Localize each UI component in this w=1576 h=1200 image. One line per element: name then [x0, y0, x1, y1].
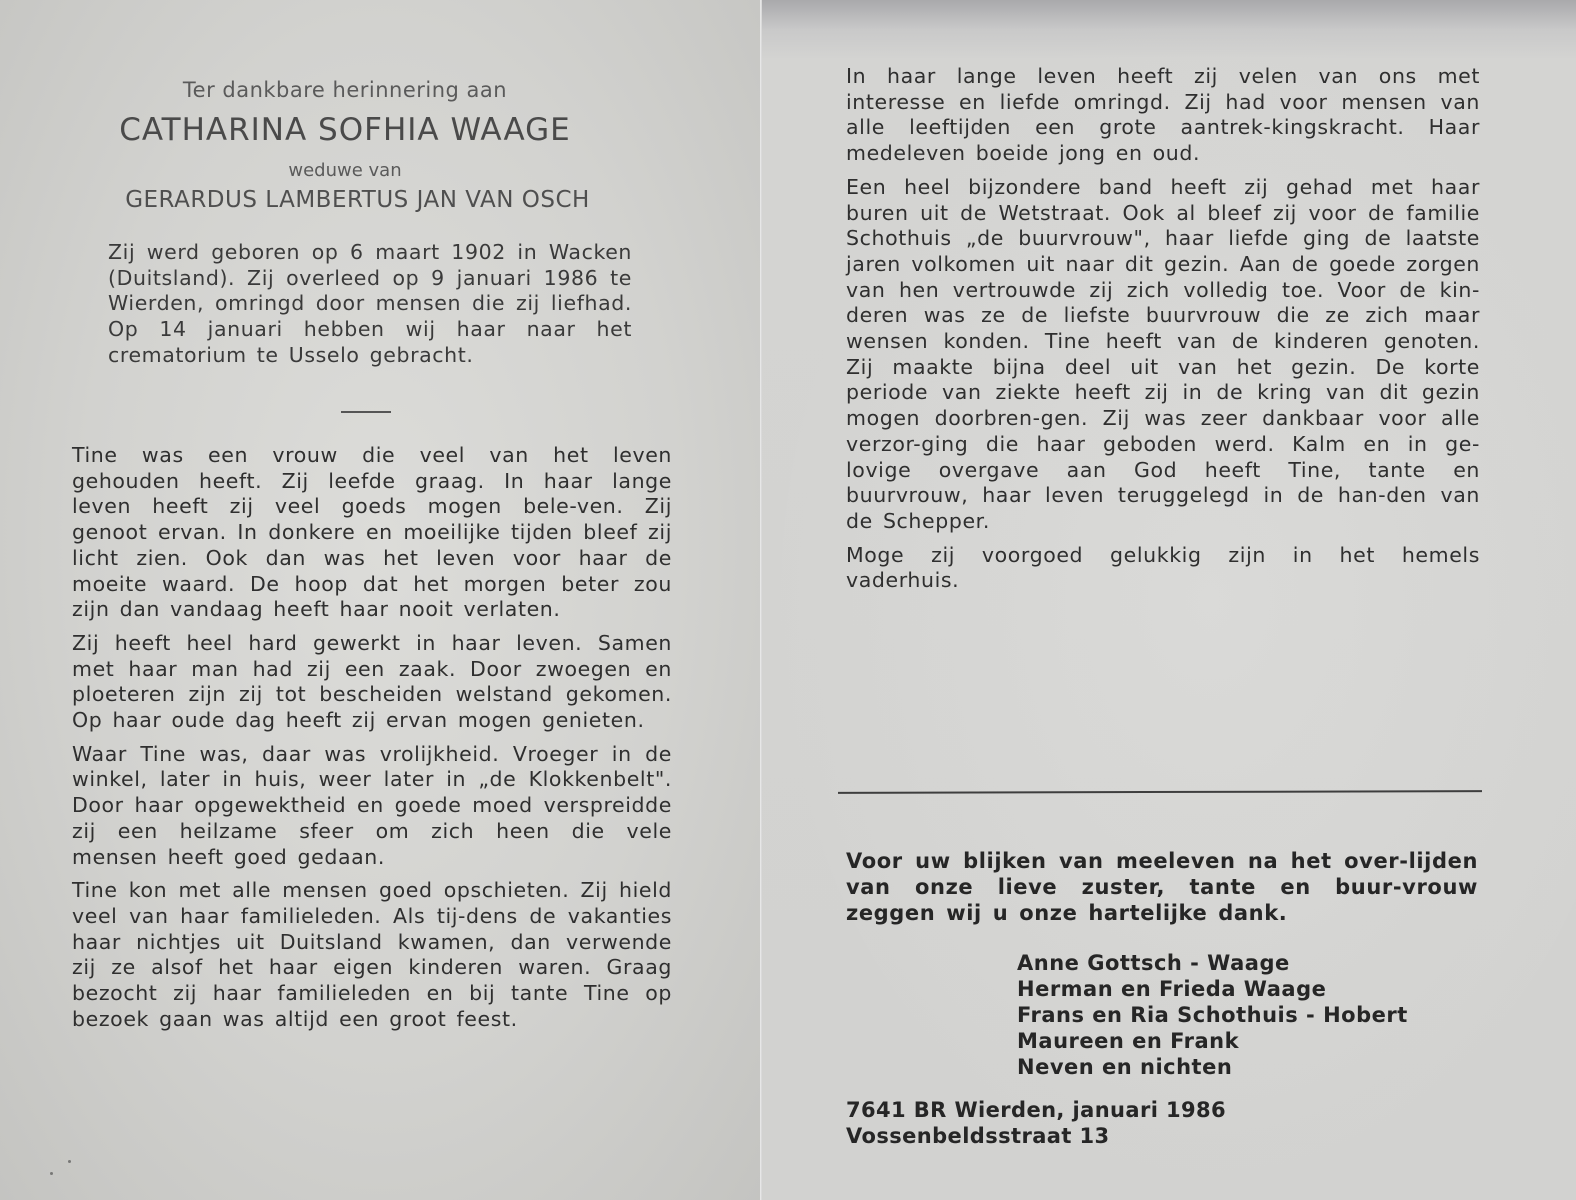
address-line: Vossenbeldsstraat 13 — [846, 1123, 1226, 1149]
signatory: Herman en Frieda Waage — [1017, 976, 1408, 1002]
memorial-header: Ter dankbare herinnering aan CATHARINA S… — [60, 78, 700, 213]
signatories-list: Anne Gottsch - Waage Herman en Frieda Wa… — [1017, 950, 1408, 1080]
paragraph: Zij heeft heel hard gewerkt in haar leve… — [72, 631, 672, 734]
left-biography: Tine was een vrouw die veel van het leve… — [72, 443, 672, 1040]
paragraph: Een heel bijzondere band heeft zij gehad… — [846, 175, 1480, 535]
address-line: 7641 BR Wierden, januari 1986 — [846, 1097, 1226, 1123]
thank-you-note: Voor uw blijken van meeleven na het over… — [846, 848, 1478, 926]
left-page: Ter dankbare herinnering aan CATHARINA S… — [0, 0, 762, 1200]
widow-of-label: weduwe van — [0, 160, 700, 181]
deceased-name: CATHARINA SOFHIA WAAGE — [0, 112, 700, 148]
intro-paragraph: Zij werd geboren op 6 maart 1902 in Wack… — [108, 240, 632, 369]
biography-intro: Zij werd geboren op 6 maart 1902 in Wack… — [108, 240, 632, 377]
print-speck — [68, 1160, 71, 1163]
print-speck — [50, 1172, 53, 1175]
signatory: Maureen en Frank — [1017, 1028, 1408, 1054]
signatory: Anne Gottsch - Waage — [1017, 950, 1408, 976]
paragraph: Waar Tine was, daar was vrolijkheid. Vro… — [72, 742, 672, 871]
spouse-name: GERARDUS LAMBERTUS JAN VAN OSCH — [15, 187, 700, 213]
correspondence-address: 7641 BR Wierden, januari 1986 Vossenbeld… — [846, 1097, 1226, 1149]
signatory: Frans en Ria Schothuis - Hobert — [1017, 1002, 1408, 1028]
short-divider — [341, 411, 391, 413]
dedication: Ter dankbare herinnering aan — [0, 78, 700, 102]
paragraph: In haar lange leven heeft zij velen van … — [846, 64, 1480, 167]
signatory: Neven en nichten — [1017, 1054, 1408, 1080]
right-biography: In haar lange leven heeft zij velen van … — [846, 64, 1480, 602]
paragraph: Tine kon met alle mensen goed opschieten… — [72, 878, 672, 1032]
paragraph: Moge zij voorgoed gelukkig zijn in het h… — [846, 543, 1480, 594]
paragraph: Tine was een vrouw die veel van het leve… — [72, 443, 672, 623]
